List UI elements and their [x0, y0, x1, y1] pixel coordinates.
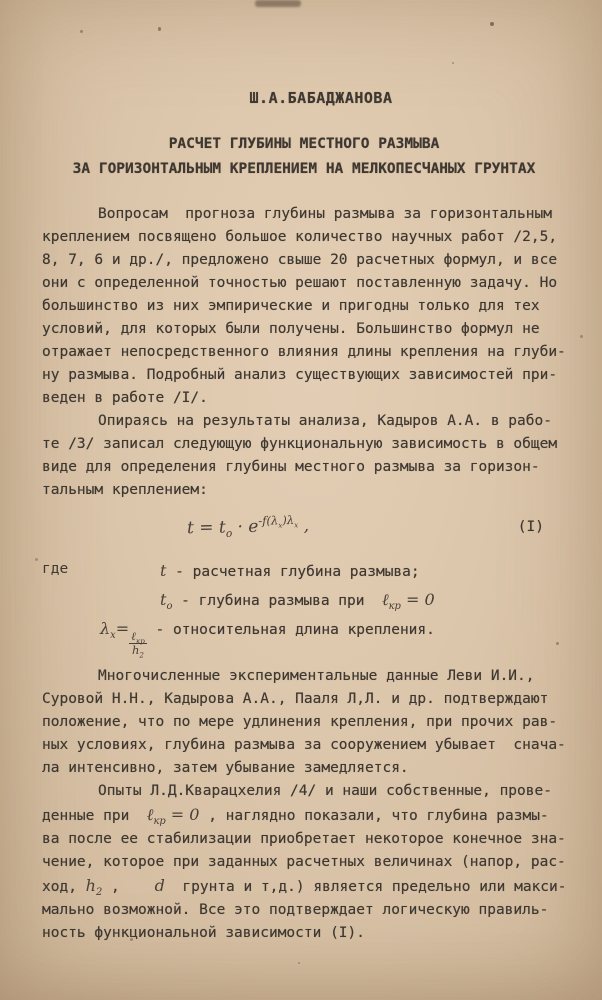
- equation-1: t = to · e-f(λx)λx , (I): [42, 516, 566, 539]
- paper-speckle: [490, 22, 494, 26]
- text-line: те /3/ записал следующую функциональную …: [42, 433, 566, 456]
- text-line: веден в работе /I/.: [42, 387, 566, 410]
- paragraph-2: Опираясь на результаты анализа, Кадыров …: [42, 410, 566, 502]
- text-line: положение, что по мере удлинения креплен…: [42, 711, 566, 734]
- text-line: условий, для которых были получены. Боль…: [42, 318, 566, 341]
- paragraph-3: Многочисленные экспериментальные данные …: [42, 665, 566, 780]
- definition-t: t - расчетная глубина размыва;: [160, 557, 566, 586]
- author-name: Ш.А.БАБАДЖАНОВА: [42, 86, 566, 111]
- scan-smudge: [255, 0, 301, 7]
- paper-speckle: [452, 62, 454, 64]
- paragraph-4: Опыты Л.Д.Кварацхелия /4/ и наши собстве…: [42, 780, 566, 945]
- text-line: ность функциональной зависимости (I).: [42, 922, 566, 945]
- paper-speckle: [80, 30, 83, 33]
- text-line: отражает непосредственного влияния длины…: [42, 341, 566, 364]
- paper-speckle: [580, 335, 583, 338]
- scanned-paper-page: Ш.А.БАБАДЖАНОВА РАСЧЕТ ГЛУБИНЫ МЕСТНОГО …: [0, 0, 602, 1000]
- text-line: виде для определения глубины местного ра…: [42, 456, 566, 479]
- where-label: где: [42, 558, 68, 581]
- text-line: чение, которое при заданных расчетных ве…: [42, 851, 566, 874]
- paper-title: РАСЧЕТ ГЛУБИНЫ МЕСТНОГО РАЗМЫВА ЗА ГОРИЗ…: [42, 132, 566, 182]
- text-line: Опираясь на результаты анализа, Кадыров …: [42, 410, 566, 433]
- paper-speckle: [35, 558, 38, 561]
- paper-speckle: [158, 27, 161, 31]
- text-line: 8, 7, 6 и др./, предложено свыше 20 расч…: [42, 249, 566, 272]
- text-line: большинство из них эмпирические и пригод…: [42, 295, 566, 318]
- paragraph-1: Вопросам прогноза глубины размыва за гор…: [42, 203, 566, 410]
- text-line: креплением посвящено большое количество …: [42, 226, 566, 249]
- text-line: тальным креплением:: [42, 479, 566, 502]
- text-line: Опыты Л.Д.Кварацхелия /4/ и наши собстве…: [42, 780, 566, 803]
- handwritten-formula: t = to · e-f(λx)λx ,: [187, 515, 310, 541]
- page-content: Ш.А.БАБАДЖАНОВА РАСЧЕТ ГЛУБИНЫ МЕСТНОГО …: [42, 86, 566, 945]
- paper-speckle: [298, 962, 300, 964]
- text-line: Многочисленные экспериментальные данные …: [42, 665, 566, 688]
- symbol-definitions: где t - расчетная глубина размыва; to - …: [42, 557, 566, 657]
- text-line-with-math: ход, h2 , d грунта и т,д.) является пред…: [42, 874, 566, 899]
- text-line: Суровой Н.Н., Кадырова А.А., Пааля Л,Л. …: [42, 688, 566, 711]
- equation-number: (I): [518, 516, 566, 539]
- definition-t0: to - глубина размыва при ℓкр = 0: [160, 586, 566, 615]
- text-line: ных условиях, глубина размыва за сооруже…: [42, 734, 566, 757]
- title-line-1: РАСЧЕТ ГЛУБИНЫ МЕСТНОГО РАЗМЫВА: [42, 132, 566, 157]
- text-line: Вопросам прогноза глубины размыва за гор…: [42, 203, 566, 226]
- definition-lambda: λx=ℓкрh2 - относительная длина крепления…: [100, 615, 566, 657]
- text-line: ла интенсивно, затем убывание замедляетс…: [42, 757, 566, 780]
- title-line-2: ЗА ГОРИЗОНТАЛЬНЫМ КРЕПЛЕНИЕМ НА МЕЛКОПЕС…: [42, 157, 566, 182]
- body-text: Вопросам прогноза глубины размыва за гор…: [42, 203, 566, 945]
- text-line: они с определенной точностью решают пост…: [42, 272, 566, 295]
- text-line-with-math: денные при ℓкр = 0 , наглядно показали, …: [42, 803, 566, 828]
- text-line: ва после ее стабилизации приобретает нек…: [42, 828, 566, 851]
- text-line: ну размыва. Подробный анализ существующи…: [42, 364, 566, 387]
- text-line: мально возможной. Все это подтверждает л…: [42, 899, 566, 922]
